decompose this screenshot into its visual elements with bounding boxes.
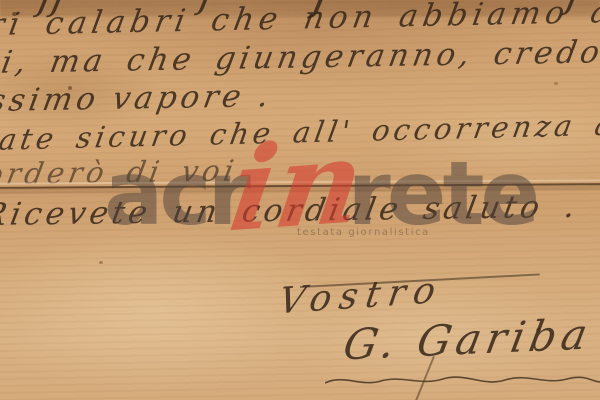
letter-photo: ff f f f ri calabri che non abbiamo anc …: [0, 0, 600, 400]
paper-stain: [554, 82, 558, 85]
watermark-in-text: in: [224, 124, 371, 249]
signature-text: G. Gariba: [340, 313, 595, 366]
handwriting-line: ssimo vapore .: [0, 81, 275, 117]
handwriting-line: ti, ma che giungeranno, credo, p: [0, 36, 600, 79]
watermark-rete-text: rete: [347, 150, 536, 238]
signature-underline-flourish: [325, 370, 600, 392]
watermark-acr-text: acr: [104, 150, 247, 238]
paper-stain: [99, 261, 103, 264]
watermark-logo: acr in rete: [104, 150, 536, 266]
